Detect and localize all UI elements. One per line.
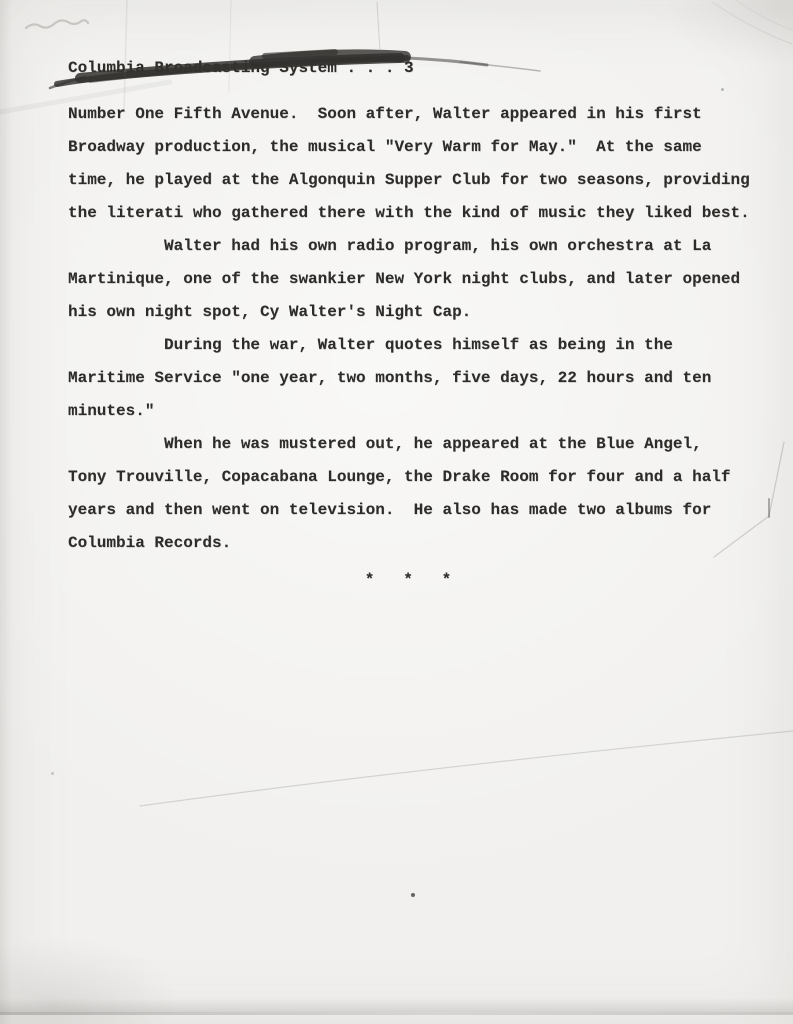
typewritten-body: Number One Fifth Avenue. Soon after, Wal… [68, 98, 748, 597]
typewritten-line: Columbia Records. [68, 527, 748, 560]
typewritten-line: Broadway production, the musical "Very W… [68, 131, 748, 164]
typewritten-line: When he was mustered out, he appeared at… [68, 428, 748, 461]
page-left-edge-shadow [0, 0, 12, 1024]
paper-speck [721, 88, 724, 91]
typewritten-line: Maritime Service "one year, two months, … [68, 362, 748, 395]
asterisk-separator: * * * [68, 564, 748, 597]
typewritten-line: years and then went on television. He al… [68, 494, 748, 527]
top-right-corner-shading [600, 0, 793, 110]
paper-speck [51, 772, 54, 775]
scanned-document-page: Columbia Broadcasting System . . . 3 Num… [0, 0, 793, 1024]
typewritten-line: minutes." [68, 395, 748, 428]
pencil-scribble [26, 20, 88, 28]
typewritten-line: During the war, Walter quotes himself as… [68, 329, 748, 362]
bottom-edge-fade [0, 998, 793, 1012]
typewritten-line: the literati who gathered there with the… [68, 197, 748, 230]
typewritten-line: Walter had his own radio program, his ow… [68, 230, 748, 263]
ink-speck [411, 893, 415, 897]
typewritten-line: his own night spot, Cy Walter's Night Ca… [68, 296, 748, 329]
bottom-paper-edge-line [0, 1012, 793, 1015]
typewritten-line: Tony Trouville, Copacabana Lounge, the D… [68, 461, 748, 494]
page-slug-header: Columbia Broadcasting System . . . 3 [68, 58, 414, 78]
typewritten-line: Martinique, one of the swankier New York… [68, 263, 748, 296]
typewritten-line: time, he played at the Algonquin Supper … [68, 164, 748, 197]
